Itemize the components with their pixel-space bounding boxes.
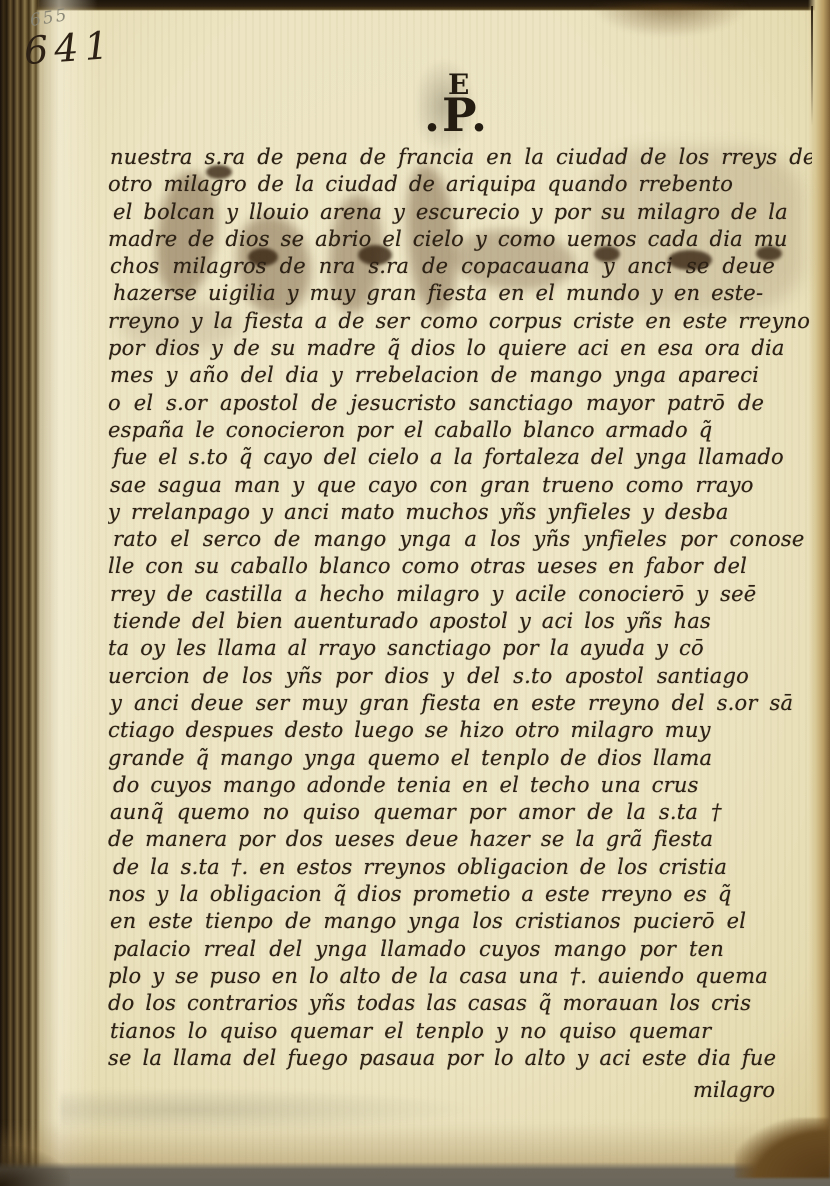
manuscript-line: lle con su caballo blanco como otras ues… <box>108 554 812 581</box>
manuscript-line: plo y se puso en lo alto de la casa una … <box>108 964 812 991</box>
manuscript-line: fue el s.to q̃ cayo del cielo a la forta… <box>108 445 812 472</box>
bottom-left-corner-shadow <box>0 1146 70 1186</box>
manuscript-line: y anci deue ser muy gran fiesta en este … <box>108 691 812 718</box>
manuscript-line: do los contrarios yñs todas las casas q̃… <box>108 991 812 1018</box>
manuscript-line: de la s.ta †. en estos rreynos obligacio… <box>108 855 812 882</box>
binding-gutter-edge <box>0 0 40 1186</box>
manuscript-line: o el s.or apostol de jesucristo sanctiag… <box>108 391 812 418</box>
manuscript-line: en este tienpo de mango ynga los cristia… <box>108 909 812 936</box>
manuscript-line: tiende del bien auenturado apostol y aci… <box>108 609 812 636</box>
folio-number-ink: 641 <box>23 23 116 73</box>
manuscript-line: se la llama del fuego pasaua por lo alto… <box>108 1046 812 1073</box>
manuscript-line: ta oy les llama al rrayo sanctiago por l… <box>108 636 812 663</box>
manuscript-line: do cuyos mango adonde tenia en el techo … <box>108 773 812 800</box>
header-letter-p: .P. <box>424 88 489 142</box>
manuscript-line: hazerse uigilia y muy gran fiesta en el … <box>108 281 812 308</box>
manuscript-line: y rrelanpago y anci mato muchos yñs ynfi… <box>108 500 812 527</box>
manuscript-line: grande q̃ mango ynga quemo el tenplo de … <box>108 746 812 773</box>
manuscript-line: ctiago despues desto luego se hizo otro … <box>108 718 812 745</box>
manuscript-line: aunq̃ quemo no quiso quemar por amor de … <box>108 800 812 827</box>
manuscript-line: rrey de castilla a hecho milagro y acile… <box>108 582 812 609</box>
manuscript-line: mes y año del dia y rrebelacion de mango… <box>108 363 812 390</box>
manuscript-line: rreyno y la fiesta a de ser como corpus … <box>108 309 812 336</box>
manuscript-line: chos milagros de nra s.ra de copacauana … <box>108 254 812 281</box>
bottom-right-corner-shadow <box>735 1118 830 1178</box>
manuscript-line: uercion de los yñs por dios y del s.to a… <box>108 664 812 691</box>
manuscript-line: el bolcan y llouio arena y escurecio y p… <box>108 200 812 227</box>
binding-gutter-shadow <box>38 0 98 1186</box>
book-bottom-edge <box>0 1162 830 1186</box>
manuscript-line: nuestra s.ra de pena de francia en la ci… <box>108 145 812 172</box>
manuscript-line: madre de dios se abrio el cielo y como u… <box>108 227 812 254</box>
page-edge-crack <box>811 6 813 126</box>
manuscript-line: rato el serco de mango ynga a los yñs yn… <box>108 527 812 554</box>
manuscript-text-block: nuestra s.ra de pena de francia en la ci… <box>108 145 812 1105</box>
manuscript-line: palacio rreal del ynga llamado cuyos man… <box>108 937 812 964</box>
manuscript-line: nos y la obligacion q̃ dios prometio a e… <box>108 882 812 909</box>
manuscript-line: otro milagro de la ciudad de ariquipa qu… <box>108 172 812 199</box>
manuscript-line: tianos lo quiso quemar el tenplo y no qu… <box>108 1019 812 1046</box>
manuscript-line: de manera por dos ueses deue hazer se la… <box>108 827 812 854</box>
manuscript-line: sae sagua man y que cayo con gran trueno… <box>108 473 812 500</box>
catchword: milagro <box>0 1078 775 1102</box>
manuscript-line: españa le conocieron por el caballo blan… <box>108 418 812 445</box>
top-edge-stain <box>590 4 750 38</box>
manuscript-scan-page: 655 641 E .P. nuestra s.ra de pena de fr… <box>0 0 830 1186</box>
manuscript-line: por dios y de su madre q̃ dios lo quiere… <box>108 336 812 363</box>
